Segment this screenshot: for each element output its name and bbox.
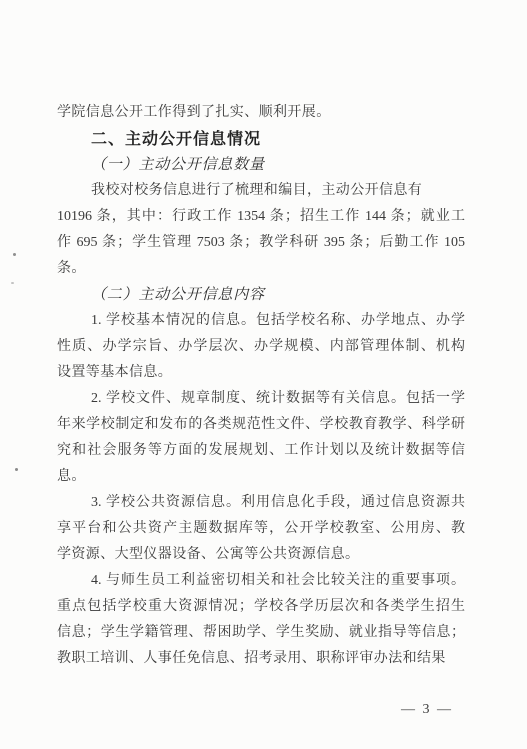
body-line: 2. 学校文件、规章制度、统计数据等有关信息。包括一学: [57, 386, 465, 412]
body-line: 信息；学生学籍管理、帮困助学、学生奖励、就业指导等信息；: [57, 620, 465, 646]
body-line: 10196 条，其中：行政工作 1354 条；招生工作 144 条；就业工: [57, 204, 465, 230]
document-body: 学院信息公开工作得到了扎实、顺利开展。 二、主动公开信息情况 （一）主动公开信息…: [57, 100, 465, 672]
body-line: 重点包括学校重大资源情况；学校各学历层次和各类学生招生: [57, 594, 465, 620]
subsection-heading: （二）主动公开信息内容: [57, 282, 465, 308]
body-line: 年来学校制定和发布的各类规范性文件、学校教育教学、科学研: [57, 412, 465, 438]
document-page: 学院信息公开工作得到了扎实、顺利开展。 二、主动公开信息情况 （一）主动公开信息…: [0, 0, 527, 749]
body-line: 性质、办学宗旨、办学层次、办学规模、内部管理体制、机构: [57, 334, 465, 360]
body-line: 设置等基本信息。: [57, 360, 465, 386]
body-line: 我校对校务信息进行了梳理和编目，主动公开信息有: [57, 178, 465, 204]
section-heading: 二、主动公开信息情况: [57, 126, 465, 152]
scan-speck: [13, 253, 16, 256]
scan-speck: [15, 468, 18, 471]
body-line: 条。: [57, 256, 465, 282]
page-number: — 3 —: [401, 702, 453, 718]
body-line: 享平台和公共资产主题数据库等，公开学校教室、公用房、教: [57, 516, 465, 542]
body-line: 3. 学校公共资源信息。利用信息化手段，通过信息资源共: [57, 490, 465, 516]
body-line: 学资源、大型仪器设备、公寓等公共资源信息。: [57, 542, 465, 568]
body-line: 作 695 条；学生管理 7503 条；教学科研 395 条；后勤工作 105: [57, 230, 465, 256]
subsection-heading: （一）主动公开信息数量: [57, 152, 465, 178]
scan-speck: [11, 282, 14, 284]
body-line: 学院信息公开工作得到了扎实、顺利开展。: [57, 100, 465, 126]
body-line: 究和社会服务等方面的发展规划、工作计划以及统计数据等信: [57, 438, 465, 464]
body-line: 1. 学校基本情况的信息。包括学校名称、办学地点、办学: [57, 308, 465, 334]
body-line: 教职工培训、人事任免信息、招考录用、职称评审办法和结果: [57, 646, 465, 672]
body-line: 4. 与师生员工利益密切相关和社会比较关注的重要事项。: [57, 568, 465, 594]
body-line: 息。: [57, 464, 465, 490]
